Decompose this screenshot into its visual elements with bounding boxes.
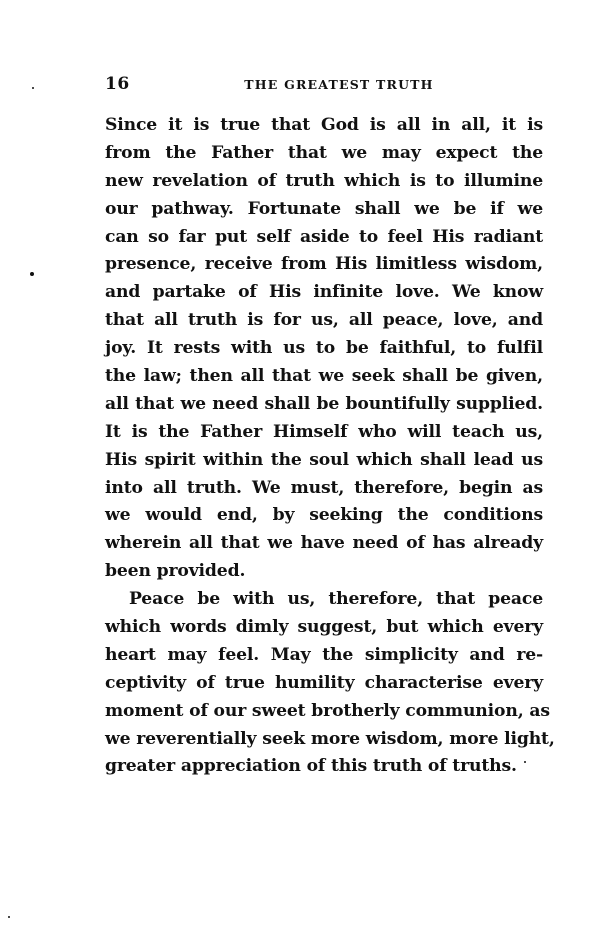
text-line: the law; then all that we seek shall be … bbox=[105, 363, 543, 391]
text-line: into all truth. We must, therefore, begi… bbox=[105, 475, 543, 503]
scan-speck bbox=[8, 916, 10, 918]
text-line: greater appreciation of this truth of tr… bbox=[105, 753, 543, 781]
text-line: wherein all that we have need of has alr… bbox=[105, 530, 543, 558]
text-line: which words dimly suggest, but which eve… bbox=[105, 614, 543, 642]
text-line: we would end, by seeking the conditions bbox=[105, 502, 543, 530]
running-head: 16 THE GREATEST TRUTH bbox=[105, 74, 543, 96]
scan-speck bbox=[524, 761, 526, 763]
text-line: our pathway. Fortunate shall we be if we bbox=[105, 196, 543, 224]
text-line: heart may feel. May the simplicity and r… bbox=[105, 642, 543, 670]
scan-speck bbox=[32, 87, 34, 89]
text-line: It is the Father Himself who will teach … bbox=[105, 419, 543, 447]
text-line: from the Father that we may expect the bbox=[105, 140, 543, 168]
text-line: new revelation of truth which is to illu… bbox=[105, 168, 543, 196]
text-line: Since it is true that God is all in all,… bbox=[105, 112, 543, 140]
text-line: Peace be with us, therefore, that peace bbox=[105, 586, 543, 614]
text-line: joy. It rests with us to be faithful, to… bbox=[105, 335, 543, 363]
scan-speck bbox=[30, 272, 34, 276]
text-line: can so far put self aside to feel His ra… bbox=[105, 224, 543, 252]
text-line: we reverentially seek more wisdom, more … bbox=[105, 726, 543, 754]
text-line: His spirit within the soul which shall l… bbox=[105, 447, 543, 475]
text-line: ceptivity of true humility characterise … bbox=[105, 670, 543, 698]
text-line: all that we need shall be bountifully su… bbox=[105, 391, 543, 419]
running-title: THE GREATEST TRUTH bbox=[105, 77, 543, 92]
text-line: that all truth is for us, all peace, lov… bbox=[105, 307, 543, 335]
book-page: 16 THE GREATEST TRUTH Since it is true t… bbox=[0, 0, 600, 935]
body-text: Since it is true that God is all in all,… bbox=[105, 112, 543, 781]
text-line: moment of our sweet brotherly communion,… bbox=[105, 698, 543, 726]
text-line: been provided. bbox=[105, 558, 543, 586]
text-line: presence, receive from His limitless wis… bbox=[105, 251, 543, 279]
text-line: and partake of His infinite love. We kno… bbox=[105, 279, 543, 307]
